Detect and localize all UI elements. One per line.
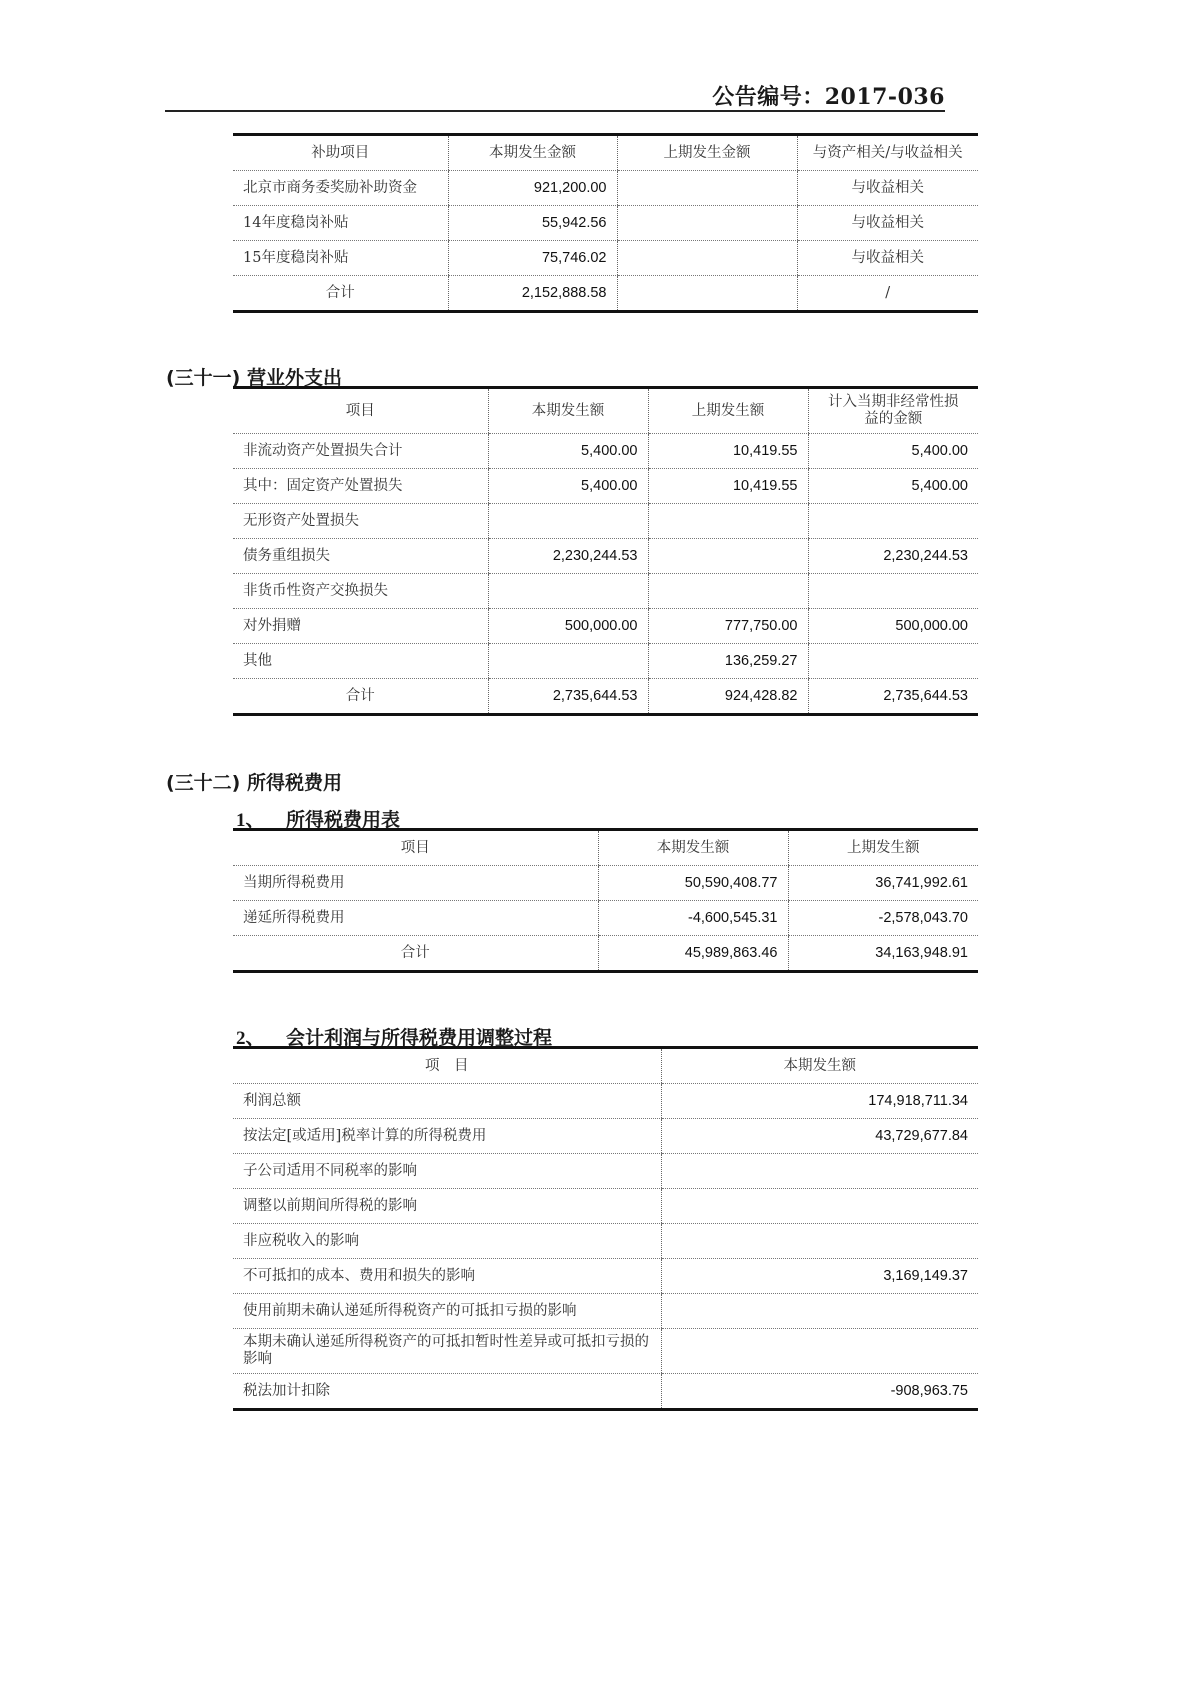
current-amount: -908,963.75 — [661, 1374, 978, 1410]
row-label: 非应税收入的影响 — [233, 1224, 661, 1259]
relation-cell: 与收益相关 — [797, 241, 978, 276]
table-row: 其中：固定资产处置损失 5,400.00 10,419.55 5,400.00 — [233, 469, 978, 504]
current-amount: 55,942.56 — [448, 206, 617, 241]
table-header-row: 项目 本期发生额 上期发生额 计入当期非经常性损益的金额 — [233, 388, 978, 434]
nonrecurring-amount: 500,000.00 — [808, 609, 978, 644]
table-row: 其他 136,259.27 — [233, 644, 978, 679]
current-amount: 5,400.00 — [488, 469, 648, 504]
table-row: 北京市商务委奖励补助资金 921,200.00 与收益相关 — [233, 171, 978, 206]
column-header: 计入当期非经常性损益的金额 — [808, 388, 978, 434]
nonrecurring-amount: 5,400.00 — [808, 434, 978, 469]
relation-cell: 与收益相关 — [797, 171, 978, 206]
section-title-32: (三十二) 所得税费用 — [166, 768, 342, 795]
table-row: 非应税收入的影响 — [233, 1224, 978, 1259]
column-header: 本期发生额 — [661, 1048, 978, 1084]
table-header-row: 补助项目 本期发生金额 上期发生金额 与资产相关/与收益相关 — [233, 135, 978, 171]
table-row: 递延所得税费用 -4,600,545.31 -2,578,043.70 — [233, 901, 978, 936]
column-header: 本期发生额 — [488, 388, 648, 434]
table-row: 14年度稳岗补贴 55,942.56 与收益相关 — [233, 206, 978, 241]
row-label: 税法加计扣除 — [233, 1374, 661, 1410]
table-row: 非货币性资产交换损失 — [233, 574, 978, 609]
row-label: 使用前期未确认递延所得税资产的可抵扣亏损的影响 — [233, 1294, 661, 1329]
table-row: 非流动资产处置损失合计 5,400.00 10,419.55 5,400.00 — [233, 434, 978, 469]
prior-amount — [617, 276, 797, 312]
row-label: 合计 — [233, 276, 448, 312]
prior-amount: 924,428.82 — [648, 679, 808, 715]
row-label: 非货币性资产交换损失 — [233, 574, 488, 609]
table-row: 当期所得税费用 50,590,408.77 36,741,992.61 — [233, 866, 978, 901]
current-amount — [661, 1189, 978, 1224]
row-label: 非流动资产处置损失合计 — [233, 434, 488, 469]
column-header: 项目 — [233, 388, 488, 434]
prior-amount: 34,163,948.91 — [788, 936, 978, 972]
prior-amount: 36,741,992.61 — [788, 866, 978, 901]
non-operating-expense-table: 项目 本期发生额 上期发生额 计入当期非经常性损益的金额 非流动资产处置损失合计… — [233, 386, 978, 716]
subsidy-table: 补助项目 本期发生金额 上期发生金额 与资产相关/与收益相关 北京市商务委奖励补… — [233, 133, 978, 313]
row-label: 按法定[或适用]税率计算的所得税费用 — [233, 1119, 661, 1154]
current-amount: 45,989,863.46 — [598, 936, 788, 972]
current-amount — [488, 574, 648, 609]
table-row: 债务重组损失 2,230,244.53 2,230,244.53 — [233, 539, 978, 574]
prior-amount: -2,578,043.70 — [788, 901, 978, 936]
prior-amount: 10,419.55 — [648, 469, 808, 504]
current-amount: 3,169,149.37 — [661, 1259, 978, 1294]
table-row: 对外捐赠 500,000.00 777,750.00 500,000.00 — [233, 609, 978, 644]
row-label: 债务重组损失 — [233, 539, 488, 574]
table-row: 无形资产处置损失 — [233, 504, 978, 539]
table-row: 15年度稳岗补贴 75,746.02 与收益相关 — [233, 241, 978, 276]
table-row: 税法加计扣除 -908,963.75 — [233, 1374, 978, 1410]
prior-amount — [617, 241, 797, 276]
prior-amount: 777,750.00 — [648, 609, 808, 644]
current-amount: -4,600,545.31 — [598, 901, 788, 936]
column-header: 与资产相关/与收益相关 — [797, 135, 978, 171]
prior-amount — [648, 539, 808, 574]
prior-amount: 10,419.55 — [648, 434, 808, 469]
column-header: 本期发生金额 — [448, 135, 617, 171]
current-amount — [661, 1294, 978, 1329]
nonrecurring-amount: 2,735,644.53 — [808, 679, 978, 715]
current-amount: 50,590,408.77 — [598, 866, 788, 901]
column-header: 补助项目 — [233, 135, 448, 171]
total-row: 合计 2,152,888.58 / — [233, 276, 978, 312]
nonrecurring-amount — [808, 644, 978, 679]
row-label: 无形资产处置损失 — [233, 504, 488, 539]
row-label: 当期所得税费用 — [233, 866, 598, 901]
nonrecurring-amount: 5,400.00 — [808, 469, 978, 504]
prior-amount — [617, 171, 797, 206]
table-row: 利润总额 174,918,711.34 — [233, 1084, 978, 1119]
column-header: 项目 — [233, 830, 598, 866]
table-header-row: 项 目 本期发生额 — [233, 1048, 978, 1084]
current-amount: 75,746.02 — [448, 241, 617, 276]
profit-tax-reconciliation-table: 项 目 本期发生额 利润总额 174,918,711.34 按法定[或适用]税率… — [233, 1046, 978, 1411]
current-amount: 500,000.00 — [488, 609, 648, 644]
table-row: 不可抵扣的成本、费用和损失的影响 3,169,149.37 — [233, 1259, 978, 1294]
current-amount: 2,230,244.53 — [488, 539, 648, 574]
current-amount: 2,735,644.53 — [488, 679, 648, 715]
current-amount — [488, 504, 648, 539]
column-header: 上期发生额 — [788, 830, 978, 866]
row-label: 14年度稳岗补贴 — [233, 206, 448, 241]
column-header: 本期发生额 — [598, 830, 788, 866]
row-label: 子公司适用不同税率的影响 — [233, 1154, 661, 1189]
column-header: 项 目 — [233, 1048, 661, 1084]
row-label: 递延所得税费用 — [233, 901, 598, 936]
nonrecurring-amount — [808, 574, 978, 609]
current-amount — [488, 644, 648, 679]
table-row: 调整以前期间所得税的影响 — [233, 1189, 978, 1224]
nonrecurring-amount: 2,230,244.53 — [808, 539, 978, 574]
table-row: 使用前期未确认递延所得税资产的可抵扣亏损的影响 — [233, 1294, 978, 1329]
announcement-number: 公告编号：2017-036 — [712, 80, 945, 111]
table-row: 子公司适用不同税率的影响 — [233, 1154, 978, 1189]
table-row: 本期未确认递延所得税资产的可抵扣暂时性差异或可抵扣亏损的影响 — [233, 1329, 978, 1374]
row-label: 合计 — [233, 936, 598, 972]
current-amount: 5,400.00 — [488, 434, 648, 469]
header-divider — [165, 110, 945, 112]
table-row: 按法定[或适用]税率计算的所得税费用 43,729,677.84 — [233, 1119, 978, 1154]
row-label: 北京市商务委奖励补助资金 — [233, 171, 448, 206]
relation-cell: / — [797, 276, 978, 312]
prior-amount: 136,259.27 — [648, 644, 808, 679]
column-header: 上期发生金额 — [617, 135, 797, 171]
row-label: 对外捐赠 — [233, 609, 488, 644]
current-amount: 2,152,888.58 — [448, 276, 617, 312]
current-amount — [661, 1224, 978, 1259]
row-label: 合计 — [233, 679, 488, 715]
nonrecurring-amount — [808, 504, 978, 539]
current-amount: 921,200.00 — [448, 171, 617, 206]
relation-cell: 与收益相关 — [797, 206, 978, 241]
row-label: 本期未确认递延所得税资产的可抵扣暂时性差异或可抵扣亏损的影响 — [233, 1329, 661, 1374]
current-amount: 174,918,711.34 — [661, 1084, 978, 1119]
prior-amount — [648, 574, 808, 609]
current-amount — [661, 1329, 978, 1374]
row-label: 不可抵扣的成本、费用和损失的影响 — [233, 1259, 661, 1294]
prior-amount — [617, 206, 797, 241]
row-label: 利润总额 — [233, 1084, 661, 1119]
row-label: 其他 — [233, 644, 488, 679]
table-header-row: 项目 本期发生额 上期发生额 — [233, 830, 978, 866]
total-row: 合计 2,735,644.53 924,428.82 2,735,644.53 — [233, 679, 978, 715]
row-label: 其中：固定资产处置损失 — [233, 469, 488, 504]
prior-amount — [648, 504, 808, 539]
total-row: 合计 45,989,863.46 34,163,948.91 — [233, 936, 978, 972]
row-label: 15年度稳岗补贴 — [233, 241, 448, 276]
current-amount: 43,729,677.84 — [661, 1119, 978, 1154]
current-amount — [661, 1154, 978, 1189]
column-header: 上期发生额 — [648, 388, 808, 434]
income-tax-expense-table: 项目 本期发生额 上期发生额 当期所得税费用 50,590,408.77 36,… — [233, 828, 978, 973]
row-label: 调整以前期间所得税的影响 — [233, 1189, 661, 1224]
